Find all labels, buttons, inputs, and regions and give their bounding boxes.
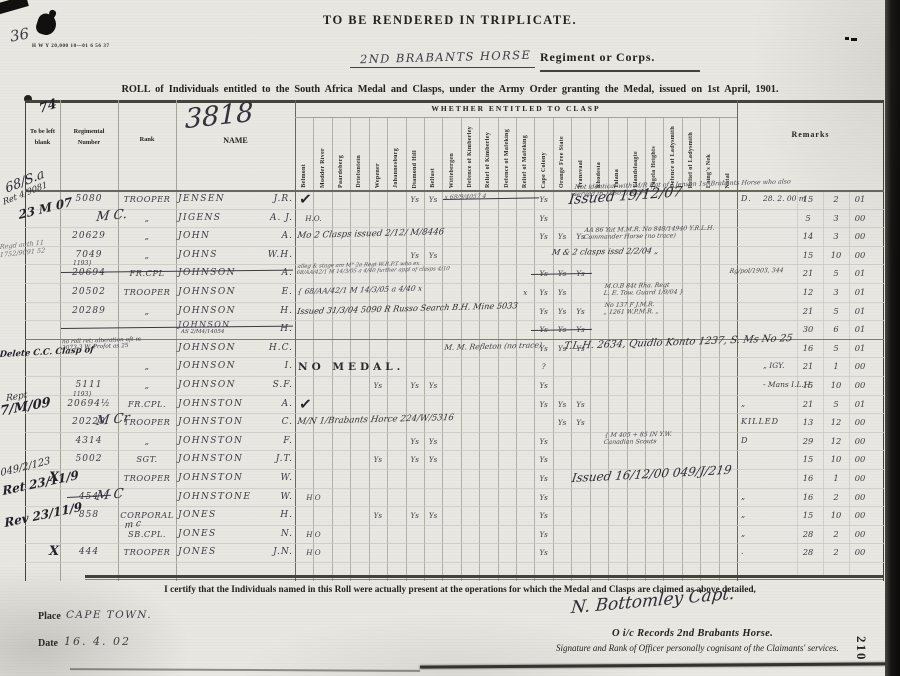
clasp-mark: Ys (369, 455, 387, 464)
clasp-column-label: Natal (719, 118, 737, 188)
discharge-date: 10 (823, 250, 849, 260)
row-line (25, 488, 884, 489)
row-line (25, 320, 884, 321)
row-number: 20694½ (60, 399, 118, 409)
discharge-date: 00 (847, 529, 873, 539)
row-initials: W. (251, 473, 293, 483)
clasp-mark: Ys (553, 307, 571, 316)
discharge-date: 5 (823, 399, 849, 409)
clasp-mark: Ys (534, 232, 552, 241)
clasp-column-label: Belmont (295, 118, 313, 188)
clasp-mark: Ys (424, 437, 442, 446)
clasp-column-label: Driefontein (350, 118, 368, 188)
discharge-date: 10 (823, 380, 849, 390)
remark-mark: „ (741, 492, 746, 501)
clasp-column-label: Relief of Mafeking (516, 118, 534, 188)
clasp-mark: Ys (406, 511, 424, 520)
remark-lines: Rg/pol/1903, 344 (729, 267, 784, 275)
clasp-mark: Ys (571, 307, 589, 316)
discharge-date: 12 (823, 417, 849, 427)
clasp-note: M/N 1/Brabants Horce 224/W/5316 (296, 413, 454, 427)
clasp-mark: H O (295, 548, 332, 557)
remark-mark: KILLED (741, 417, 779, 426)
clasp-column-label: Paardeberg (332, 118, 350, 188)
date-label: Date (38, 638, 58, 649)
discharge-date: 00 (847, 213, 873, 223)
row-rank: „ (118, 361, 176, 371)
row-surname: JIGENS (178, 213, 221, 223)
medal-roll-table: WHETHER ENTITLED TO CLASPTo be leftblank… (25, 100, 884, 581)
discharge-date: 16 (795, 473, 821, 483)
clasp-mark: Ys (534, 511, 552, 520)
discharge-date: 1 (823, 473, 849, 483)
side-page-number: 210 (853, 636, 869, 662)
clasp-column-label: Rhodesia (590, 118, 608, 188)
discharge-date: 15 (795, 454, 821, 464)
clasp-mark: Ys (553, 400, 571, 409)
clasp-mark: Ys (534, 493, 552, 502)
discharge-date: 6 (823, 324, 849, 334)
row-rank: SGT. (118, 454, 176, 464)
clasp-column-label: Talana (608, 118, 626, 188)
clasp-column-label-text: Relief of Mafeking (522, 135, 528, 188)
clasp-column-label: Transvaal (571, 118, 589, 188)
remark-note: Issued 16/12/00 049/J/219 (571, 463, 733, 485)
row-line (25, 264, 884, 265)
discharge-date: 01 (847, 343, 873, 353)
entitlement-checkmark: ✓ (298, 394, 312, 414)
discharge-date: 01 (847, 306, 873, 316)
row-number-alt: 1193} (73, 391, 92, 398)
clasp-mark: Ys (534, 400, 552, 409)
row-rank: „ (118, 436, 176, 446)
date-value: 16. 4. 02 (64, 635, 131, 648)
clasp-column-label-text: Relief of Ladysmith (688, 132, 694, 188)
clasp-column-label-text: Defence of Mafeking (504, 129, 510, 188)
remark-extra: „ IGY. (763, 361, 784, 370)
row-number: 20289 (60, 306, 118, 316)
clasp-mark: Ys (534, 288, 552, 297)
clasp-column-label-text: Defence of Kimberley (467, 126, 473, 188)
clasp-mark: Ys (424, 455, 442, 464)
discharge-date: 2 (823, 547, 849, 557)
clasp-mark: x (516, 288, 534, 297)
clasp-column-label: Modder River (313, 118, 331, 188)
discharge-date: 10 (823, 510, 849, 520)
discharge-date: 01 (847, 399, 873, 409)
row-surname: JOHNSTONE (178, 492, 251, 502)
row-line (25, 283, 884, 284)
clasp-column-label: Relief of Kimberley (479, 118, 497, 188)
discharge-date: 00 (847, 492, 873, 502)
clasp-mark: Ys (553, 418, 571, 427)
row-rank: „ (118, 380, 176, 390)
row-surname: JONES (178, 510, 217, 520)
clasp-column-label: Relief of Ladysmith (682, 118, 700, 188)
discharge-date: 3 (823, 231, 849, 241)
regiment-label: Regiment or Corps. (540, 50, 655, 65)
row-surname: JOHNSON (178, 306, 236, 316)
row-line (25, 395, 884, 396)
clasp-mark: Ys (406, 437, 424, 446)
discharge-date: 01 (847, 287, 873, 297)
discharge-date: 00 (847, 361, 873, 371)
regiment-underline-2 (540, 70, 700, 72)
regiment-underline (350, 67, 535, 68)
row-surname: JOHNSON (178, 380, 236, 390)
clasp-column-label: Elandslaagte (627, 118, 645, 188)
clasp-mark: Ys (424, 381, 442, 390)
remark-mark: „ (741, 399, 746, 408)
clasp-mark: Ys (571, 400, 589, 409)
clasp-note: NO MEDAL. (298, 361, 404, 373)
clasp-column-label-text: Belmont (301, 164, 307, 188)
remark-lines: No 137 F J.M.R.„ 1261 W.P.M.R. „ (603, 301, 660, 316)
clasp-mark: Ys (369, 381, 387, 390)
discharge-date: 00 (847, 454, 873, 464)
clasp-mark: Ys (534, 437, 552, 446)
discharge-date: 21 (795, 306, 821, 316)
print-code: H W Y 20,000 10—01 6 56 37 (32, 44, 110, 49)
row-number: 20629 (60, 231, 118, 241)
row-surname: JOHNSTON (178, 417, 243, 427)
row-line (25, 376, 884, 377)
clasp-mark: Ys (406, 455, 424, 464)
discharge-date: 3 (823, 287, 849, 297)
remark-mark: D (741, 436, 748, 445)
discharge-date: 01 (847, 194, 873, 204)
scan-speck (845, 37, 849, 40)
regiment-name: 2ND BRABANTS HORSE (360, 48, 532, 66)
clasp-mark: Ys (424, 511, 442, 520)
clasp-mark: Ys (534, 214, 552, 223)
roll-title: ROLL of Individuals entitled to the Sout… (0, 84, 900, 95)
row-surname: JOHNS (178, 250, 218, 260)
clasp-column-label: Cape Colony (534, 118, 552, 188)
clasp-column-label-text: Diamond Hill (412, 150, 418, 188)
row-line (25, 562, 884, 563)
scan-bottom-streak (70, 668, 420, 671)
row-line (25, 357, 884, 358)
row-initials: E. (251, 287, 293, 297)
name-overwrite: 3818 (185, 97, 253, 135)
row-surname: JOHNSTON (178, 454, 243, 464)
row-initials: J.R. (251, 194, 293, 204)
row-line (25, 227, 884, 228)
discharge-date: 00 (847, 547, 873, 557)
row-line (25, 543, 884, 544)
row-surname: JOHNSON (178, 361, 236, 371)
discharge-date: 28 (795, 529, 821, 539)
table-bottom-line (85, 575, 884, 578)
discharge-date: 01 (847, 268, 873, 278)
scan-edge-strip (885, 0, 900, 676)
discharge-date: 14 (795, 231, 821, 241)
discharge-date: 21 (795, 268, 821, 278)
clasp-mark: Ys (406, 195, 424, 204)
discharge-date: 00 (847, 473, 873, 483)
row-line (25, 246, 884, 247)
discharge-date: 00 (847, 250, 873, 260)
row-number: 7049 (60, 250, 118, 260)
entitlement-checkmark: ✓ (298, 189, 312, 209)
row-surname: JOHNSON (178, 287, 236, 297)
row-number: 20502 (60, 287, 118, 297)
clasp-column-label: Defence of Ladysmith (663, 118, 681, 188)
clasp-column-label: Diamond Hill (406, 118, 424, 188)
clasp-mark: Ys (406, 251, 424, 260)
row-number-alt: 1193} (73, 260, 92, 267)
row-surname: JOHN (178, 231, 210, 241)
discharge-date: 5 (823, 268, 849, 278)
row-line (25, 432, 884, 433)
discharge-date: 5 (823, 306, 849, 316)
discharge-date: 5 (795, 213, 821, 223)
clasp-column-label-text: Orange Free State (559, 136, 565, 188)
table-border-top (25, 100, 884, 103)
column-header: Rank (118, 134, 176, 145)
discharge-date: 30 (795, 324, 821, 334)
clasp-band-title: WHETHER ENTITLED TO CLASP (295, 104, 737, 113)
row-rank: „ (118, 306, 176, 316)
discharge-date: 2 (823, 492, 849, 502)
row-initials: W. (251, 492, 293, 502)
clasp-column-label: Johannesburg (387, 118, 405, 188)
discharge-date: 3 (823, 213, 849, 223)
discharge-date: 2 (823, 194, 849, 204)
clasp-column-label-text: Belfast (430, 168, 436, 188)
column-header: To be leftblank (25, 126, 60, 149)
remark-lines: AA 86 Yut M.M.R. No 848/14940 Y.R.L.H.Co… (583, 225, 715, 241)
discharge-date: 12 (823, 436, 849, 446)
clasp-column-label: Defence of Mafeking (498, 118, 516, 188)
remark-mark: „ (741, 510, 746, 519)
row-rank: TROOPER (118, 287, 176, 297)
clasp-mark: Ys (534, 455, 552, 464)
column-header: NAME (176, 134, 295, 148)
discharge-date: 00 (847, 510, 873, 520)
row-number: 5002 (60, 454, 118, 464)
clasp-mark: Ys (553, 232, 571, 241)
row-initials: H. (251, 510, 293, 520)
clasp-mark: Ys (534, 474, 552, 483)
clasp-column-label: Laing's Nek (700, 118, 718, 188)
clasp-column-label: Tugela Heights (645, 118, 663, 188)
row-rank: TROOPER (118, 547, 176, 557)
row-surname: JONES (178, 547, 217, 557)
discharge-date: 2 (823, 529, 849, 539)
row-initials: A. (251, 399, 293, 409)
row-initials: A. J. (251, 213, 293, 223)
table-border-right (883, 100, 884, 581)
discharge-date: 5 (823, 343, 849, 353)
clasp-mark: Ys (424, 251, 442, 260)
scan-bottom-streak (420, 662, 886, 668)
clasp-mark: Ys (571, 418, 589, 427)
row-initials: J.T. (251, 454, 293, 464)
row-surname: JOHNSTON (178, 399, 243, 409)
clasp-mark: H O (295, 530, 332, 539)
clasp-column-label: Belfast (424, 118, 442, 188)
grid-line (176, 100, 177, 581)
discharge-date: 21 (795, 399, 821, 409)
discharge-date: 00 (847, 436, 873, 446)
row-rank: „ (118, 231, 176, 241)
clasp-note: alleg & stage am M° 2a Regt W.R.P.T who … (296, 260, 451, 276)
clasp-note: Mo 2 Clasps issued 2/12/ M/8446 (296, 227, 444, 241)
clasp-column-label-text: Modder River (320, 148, 326, 188)
clasp-column-label-text: Driefontein (356, 155, 362, 188)
clasp-mark: Ys (534, 307, 552, 316)
row-rank-overwrite: M C. (95, 206, 127, 224)
row-line (25, 469, 884, 470)
remark-mark: „ (741, 529, 746, 538)
discharge-date: 15 (795, 510, 821, 520)
strike-line (443, 197, 539, 200)
clasp-mark: Ys (406, 381, 424, 390)
row-rank: FR.CPL. (118, 399, 176, 409)
clasp-mark: Ys (553, 288, 571, 297)
row-rank: TROOPER (118, 473, 176, 483)
row-initials: S.F. (251, 380, 293, 390)
row-number: 444 (60, 547, 118, 557)
render-title: TO BE RENDERED IN TRIPLICATE. (0, 13, 900, 28)
place-value: CAPE TOWN. (66, 609, 152, 621)
row-number: 20694 (60, 268, 118, 278)
clasp-mark: Ys (369, 511, 387, 520)
row-initials: H. (251, 306, 293, 316)
remark-lines: M.O.B 84t Rha. RegtL. E. Tow. Guard 1/9/… (603, 282, 684, 297)
remarks-header: Remarks (737, 130, 884, 139)
clasp-mark: Ys (534, 381, 552, 390)
remark-lines: { M 405 + 85 IN Y.W.Canadian Scouts (603, 431, 672, 446)
row-line (25, 450, 884, 451)
column-header: RegimentalNumber (60, 126, 118, 149)
remark-note: M & 2 clasps issd 2/2/04 „ (551, 246, 659, 257)
row-surname: JOHNSON (178, 343, 236, 353)
discharge-date: 12 (795, 287, 821, 297)
row-rank: CORPORAL (118, 510, 176, 520)
row-number: 4314 (60, 436, 118, 446)
clasp-column-label-text: Cape Colony (541, 152, 547, 188)
discharge-date: 21 (795, 361, 821, 371)
row-line (25, 525, 884, 526)
row-line (25, 506, 884, 507)
place-label: Place (38, 611, 61, 622)
row-rank: „ (118, 250, 176, 260)
remark-mark: D. (741, 194, 752, 203)
discharge-date: 15 (795, 194, 821, 204)
discharge-date: 00 (847, 380, 873, 390)
discharge-date: 16 (795, 492, 821, 502)
row-initials: W.H. (251, 250, 293, 260)
discharge-date: 00 (847, 231, 873, 241)
row-surname: JENSEN (178, 194, 225, 204)
discharge-date: 29 (795, 436, 821, 446)
clasp-column-label: Wittebergen (442, 118, 460, 188)
clasp-column-label: Wepener (369, 118, 387, 188)
clasp-mark: H O (295, 493, 332, 502)
row-initials: I. (251, 361, 293, 371)
remark-mark: . (741, 547, 745, 556)
row-surname: JONES (178, 529, 217, 539)
signature-caption: Signature and Rank of Officer personally… (556, 643, 839, 653)
row-rank-overwrite: m c (124, 519, 141, 531)
discharge-date: 00 (847, 417, 873, 427)
discharge-date: 15 (795, 250, 821, 260)
discharge-date: 13 (795, 417, 821, 427)
clasp-mark: Ys (424, 195, 442, 204)
discharge-date: 16 (795, 343, 821, 353)
row-initials: J.N. (251, 547, 293, 557)
row-surname: JOHNSTON (178, 473, 243, 483)
clasp-note: { 68/AA/42/1 M 14/3/05 a 4/40 x (297, 284, 423, 296)
row-surname: JOHNSTON (178, 436, 243, 446)
discharge-date: 15 (795, 380, 821, 390)
clasp-mark: ? (534, 362, 552, 371)
row-initials: C. (251, 417, 293, 427)
row-initials: H.C. (251, 343, 293, 353)
blank-col-mark: X (49, 544, 59, 559)
discharge-date: 10 (823, 454, 849, 464)
row-number: 5111 (60, 380, 118, 390)
clasp-column-label: Orange Free State (553, 118, 571, 188)
table-bottom-line-2 (85, 579, 884, 580)
discharge-date: 28 (795, 547, 821, 557)
scan-speck (851, 38, 857, 41)
clasp-column-label-text: Johannesburg (393, 148, 399, 188)
row-line (25, 209, 884, 210)
discharge-date: 1 (823, 361, 849, 371)
clasp-column-label-text: Wepener (375, 163, 381, 188)
row-initials: F. (251, 436, 293, 446)
remark-note: T.L.H. 2634, Quidlo Konto 1237, S. Ms No… (563, 333, 793, 352)
row-initials: A. (251, 231, 293, 241)
clasp-column-label-text: Relief of Kimberley (485, 132, 491, 188)
clasp-note: M. M. Refleton (no trace) (444, 340, 543, 352)
row-surname-note: AS 2/M4/14054 (181, 329, 224, 335)
clasp-column-label-text: Wittebergen (449, 153, 455, 188)
row-initials: N. (251, 529, 293, 539)
clasp-column-label: Defence of Kimberley (461, 118, 479, 188)
clasp-mark: Ys (534, 530, 552, 539)
clasp-mark: Ys (534, 548, 552, 557)
discharge-date: 01 (847, 324, 873, 334)
clasp-column-label-text: Defence of Ladysmith (670, 126, 676, 188)
clasp-column-label-text: Paardeberg (338, 155, 344, 188)
clasp-mark: H.O. (295, 214, 332, 223)
document-scan: 36 H W Y 20,000 10—01 6 56 37 TO BE REND… (0, 0, 900, 676)
row-rank: TROOPER (118, 194, 176, 204)
signature-role: O i/c Records 2nd Brabants Horse. (612, 628, 773, 639)
